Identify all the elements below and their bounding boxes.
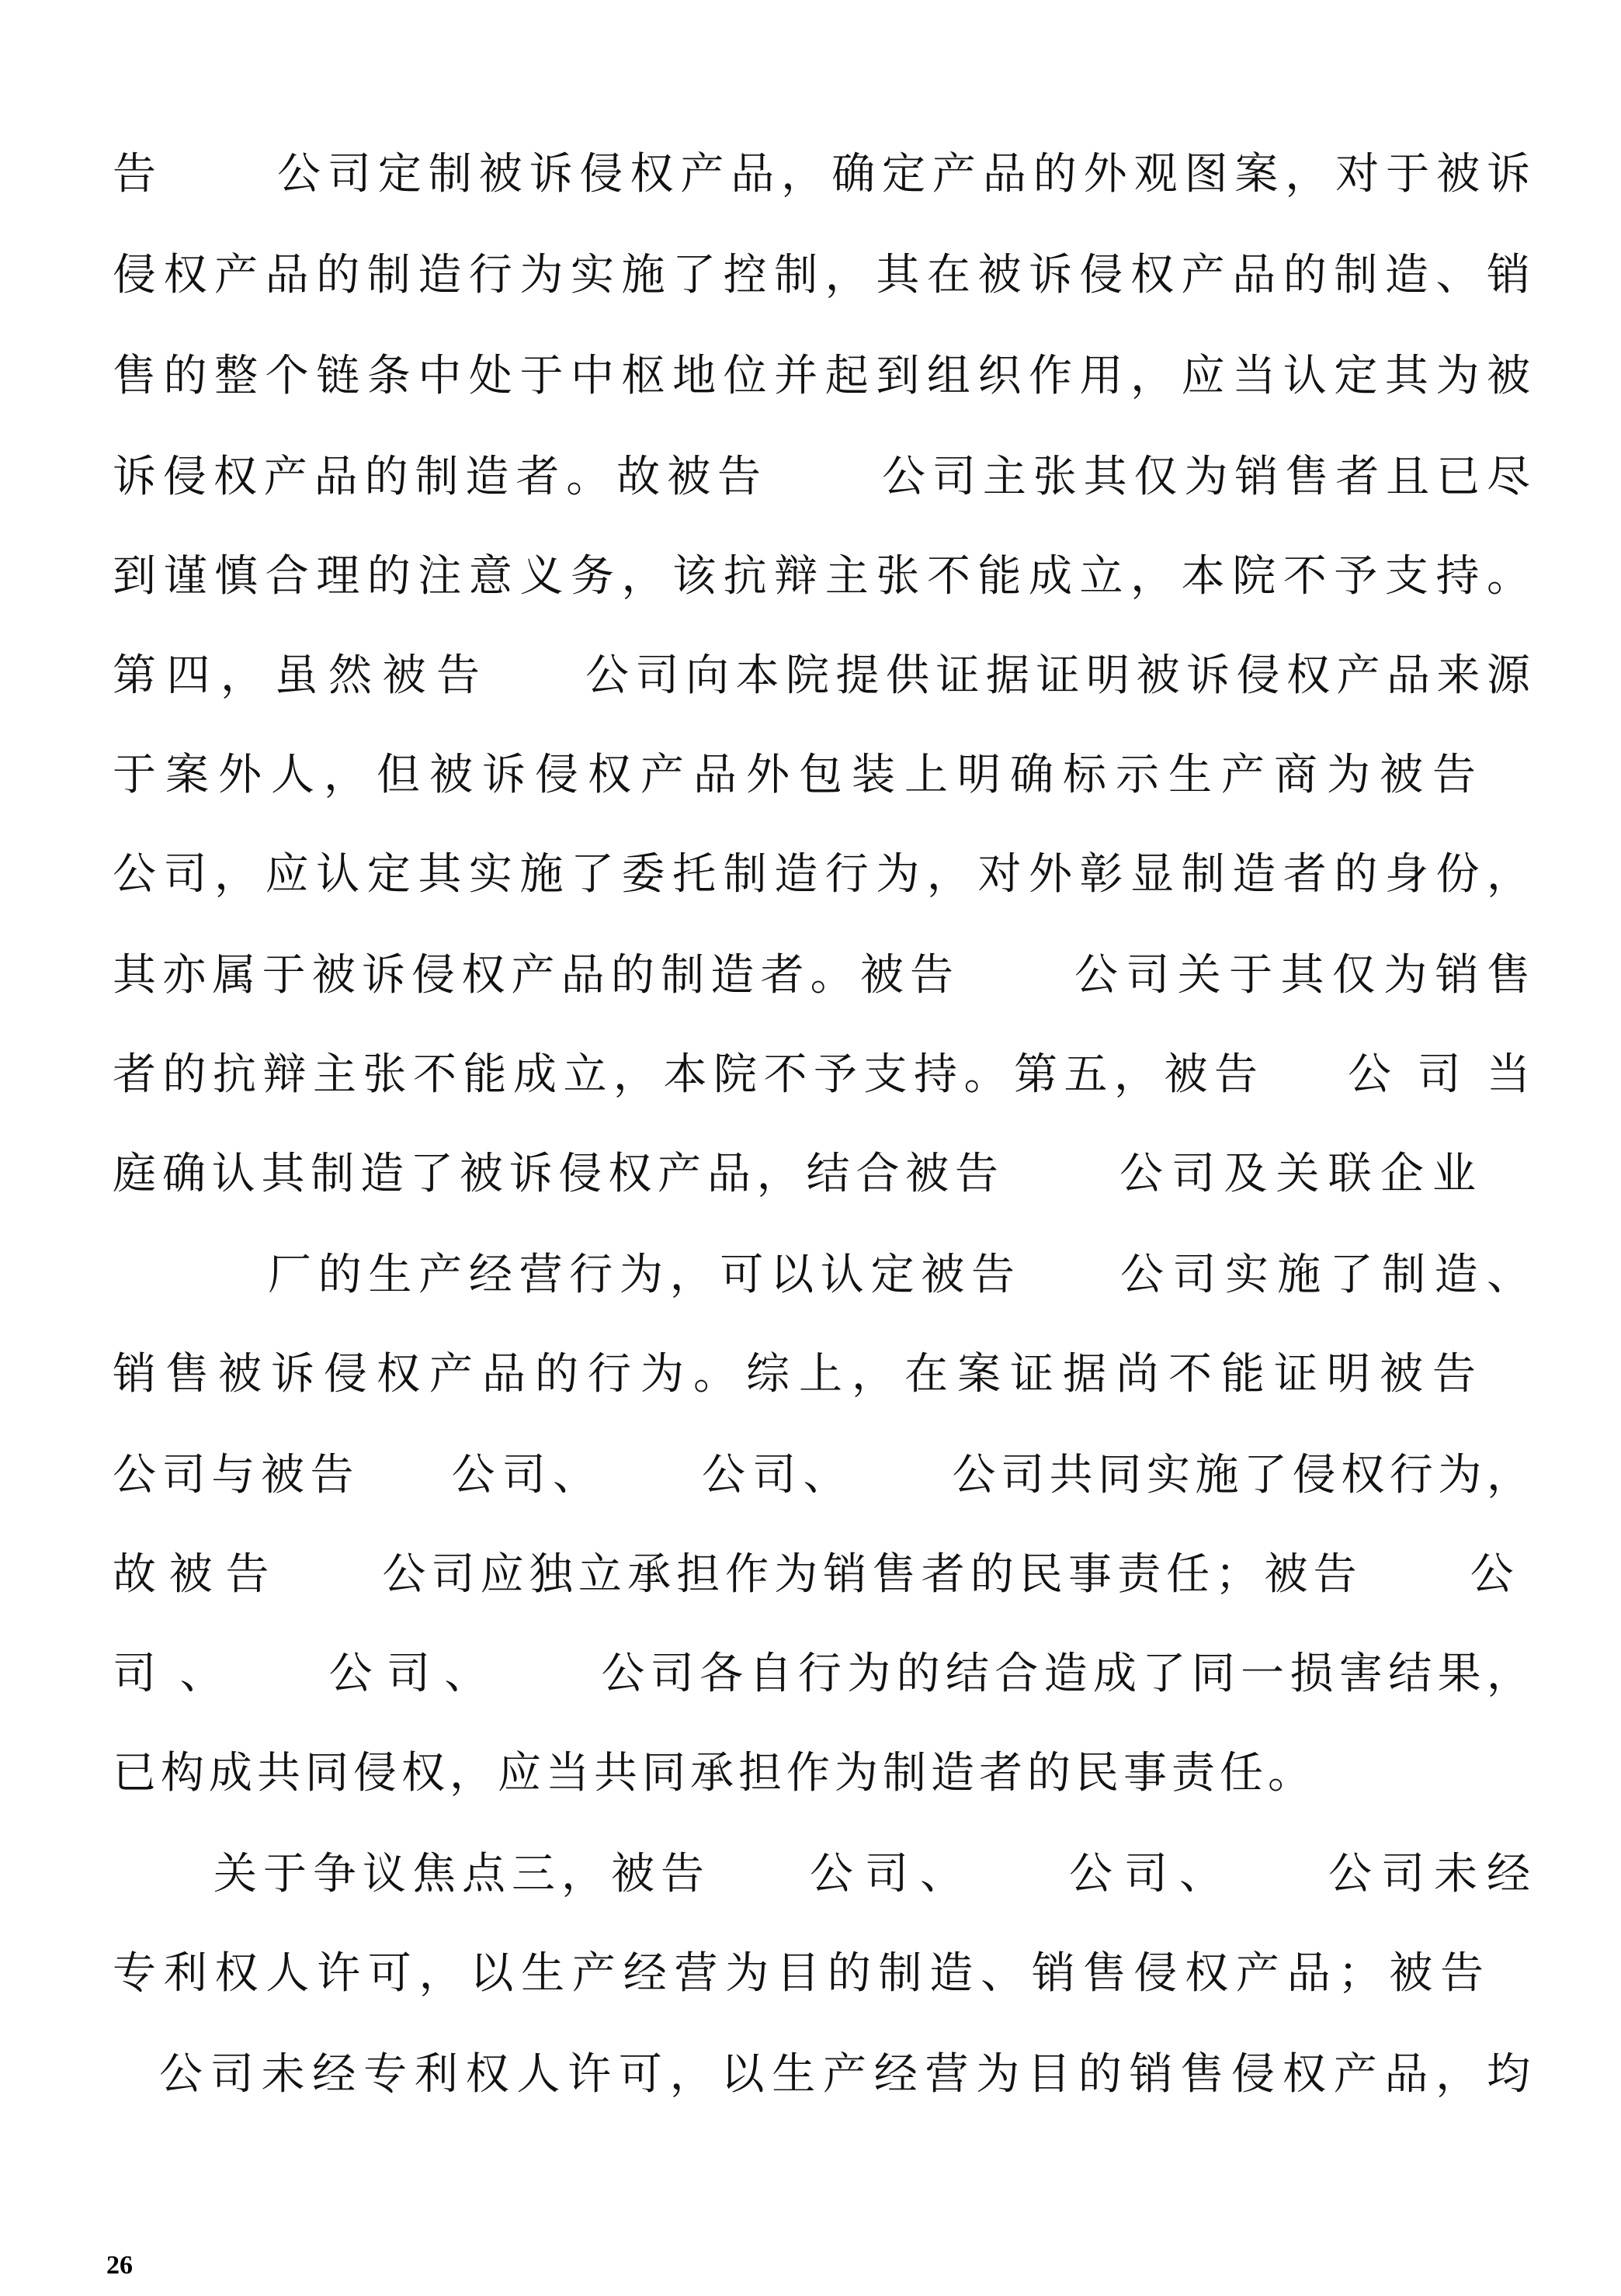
text-line: 司、公司、公司各自行为的结合造成了同一损害结果， (113, 1639, 1535, 1701)
text-segment: 公司实施了制造、 (1120, 1240, 1535, 1302)
text-segment: 侵权产品的制造行为实施了控制，其在被诉侵权产品的制造、销 (113, 241, 1535, 303)
text-line: 侵权产品的制造行为实施了控制，其在被诉侵权产品的制造、销 (113, 241, 1535, 303)
text-segment: 公司，应认定其实施了委托制造行为，对外彰显制造者的身份， (113, 840, 1535, 902)
text-segment: 第四，虽然被告 (113, 641, 484, 703)
text-line: 到谨慎合理的注意义务，该抗辩主张不能成立，本院不予支持。 (113, 542, 1535, 604)
text-segment: 庭确认其制造了被诉侵权产品，结合被告 (113, 1139, 1003, 1202)
text-line: 专利权人许可，以生产经营为目的制造、销售侵权产品；被告 (113, 1939, 1535, 2001)
text-segment: 者的抗辩主张不能成立，本院不予支持。第五，被告 (113, 1040, 1262, 1102)
text-line: 诉侵权产品的制造者。故被告公司主张其仅为销售者且已尽 (113, 442, 1535, 505)
text-segment: 公司未经 (1328, 1840, 1535, 1902)
text-segment: 故被告 (113, 1540, 273, 1602)
text-segment: 公司各自行为的结合造成了同一损害结果， (601, 1639, 1535, 1701)
text-segment: 公司、 (702, 1441, 852, 1503)
text-segment: 其亦属于被诉侵权产品的制造者。被告 (113, 941, 958, 1003)
text-line: 者的抗辩主张不能成立，本院不予支持。第五，被告公司当 (113, 1040, 1535, 1102)
text-segment: 公司、 (452, 1441, 602, 1503)
document-page: 告公司定制被诉侵权产品，确定产品的外观图案，对于被诉侵权产品的制造行为实施了控制… (0, 0, 1621, 2296)
text-line: 公司未经专利权人许可，以生产经营为目的销售侵权产品，均 (113, 2040, 1535, 2102)
text-segment: 公 (1470, 1540, 1535, 1602)
text-line: 公司与被告公司、公司、公司共同实施了侵权行为， (113, 1441, 1535, 1503)
text-segment: 司、 (113, 1639, 228, 1701)
text-segment: 公司、 (329, 1639, 493, 1701)
text-segment: 公司及关联企业 (1119, 1139, 1480, 1202)
text-segment: 公司、 (1069, 1840, 1227, 1902)
text-line: 售的整个链条中处于中枢地位并起到组织作用，应当认定其为被 (113, 342, 1535, 404)
text-segment: 公司共同实施了侵权行为， (953, 1441, 1536, 1503)
text-segment: 公司定制被诉侵权产品，确定产品的外观图案，对于被诉 (277, 140, 1535, 202)
text-line: 已构成共同侵权，应当共同承担作为制造者的民事责任。 (113, 1739, 1535, 1801)
text-line: 其亦属于被诉侵权产品的制造者。被告公司关于其仅为销售 (113, 941, 1535, 1003)
text-line: 厂的生产经营行为，可以认定被告公司实施了制造、 (113, 1240, 1535, 1302)
text-line: 故被告公司应独立承担作为销售者的民事责任；被告公 (113, 1540, 1535, 1602)
text-segment: 关于争议焦点三，被告 (213, 1840, 709, 1902)
text-line: 关于争议焦点三，被告公司、公司、公司未经 (113, 1840, 1535, 1902)
text-segment: 厂的生产经营行为，可以认定被告 (268, 1240, 1019, 1302)
text-segment: 公司主张其仅为销售者且已尽 (882, 442, 1535, 505)
text-segment: 公司应独立承担作为销售者的民事责任；被告 (382, 1540, 1361, 1602)
text-line: 公司，应认定其实施了委托制造行为，对外彰显制造者的身份， (113, 840, 1535, 902)
text-segment: 销售被诉侵权产品的行为。综上，在案证据尚不能证明被告 (113, 1340, 1480, 1402)
text-segment: 已构成共同侵权，应当共同承担作为制造者的民事责任。 (113, 1739, 1316, 1801)
text-segment: 于案外人，但被诉侵权产品外包装上明确标示生产商为被告 (113, 740, 1480, 803)
text-segment: 公司未经专利权人许可，以生产经营为目的销售侵权产品，均 (159, 2040, 1535, 2102)
text-segment: 公司关于其仅为销售 (1074, 941, 1535, 1003)
page-number: 26 (106, 2251, 133, 2280)
text-line: 销售被诉侵权产品的行为。综上，在案证据尚不能证明被告 (113, 1340, 1535, 1402)
text-segment: 告 (113, 140, 161, 202)
text-line: 庭确认其制造了被诉侵权产品，结合被告公司及关联企业 (113, 1139, 1535, 1202)
text-segment: 公司、 (810, 1840, 968, 1902)
text-line: 告公司定制被诉侵权产品，确定产品的外观图案，对于被诉 (113, 140, 1535, 202)
text-segment: 诉侵权产品的制造者。故被告 (113, 442, 765, 505)
text-segment: 公司向本院提供证据证明被诉侵权产品来源 (585, 641, 1535, 703)
text-segment: 售的整个链条中处于中枢地位并起到组织作用，应当认定其为被 (113, 342, 1535, 404)
text-segment: 公司与被告 (113, 1441, 359, 1503)
text-line: 于案外人，但被诉侵权产品外包装上明确标示生产商为被告 (113, 740, 1535, 803)
text-segment: 公司当 (1348, 1040, 1535, 1102)
text-segment: 到谨慎合理的注意义务，该抗辩主张不能成立，本院不予支持。 (113, 542, 1535, 604)
text-segment: 专利权人许可，以生产经营为目的制造、销售侵权产品；被告 (113, 1939, 1488, 2001)
text-line: 第四，虽然被告公司向本院提供证据证明被诉侵权产品来源 (113, 641, 1535, 703)
